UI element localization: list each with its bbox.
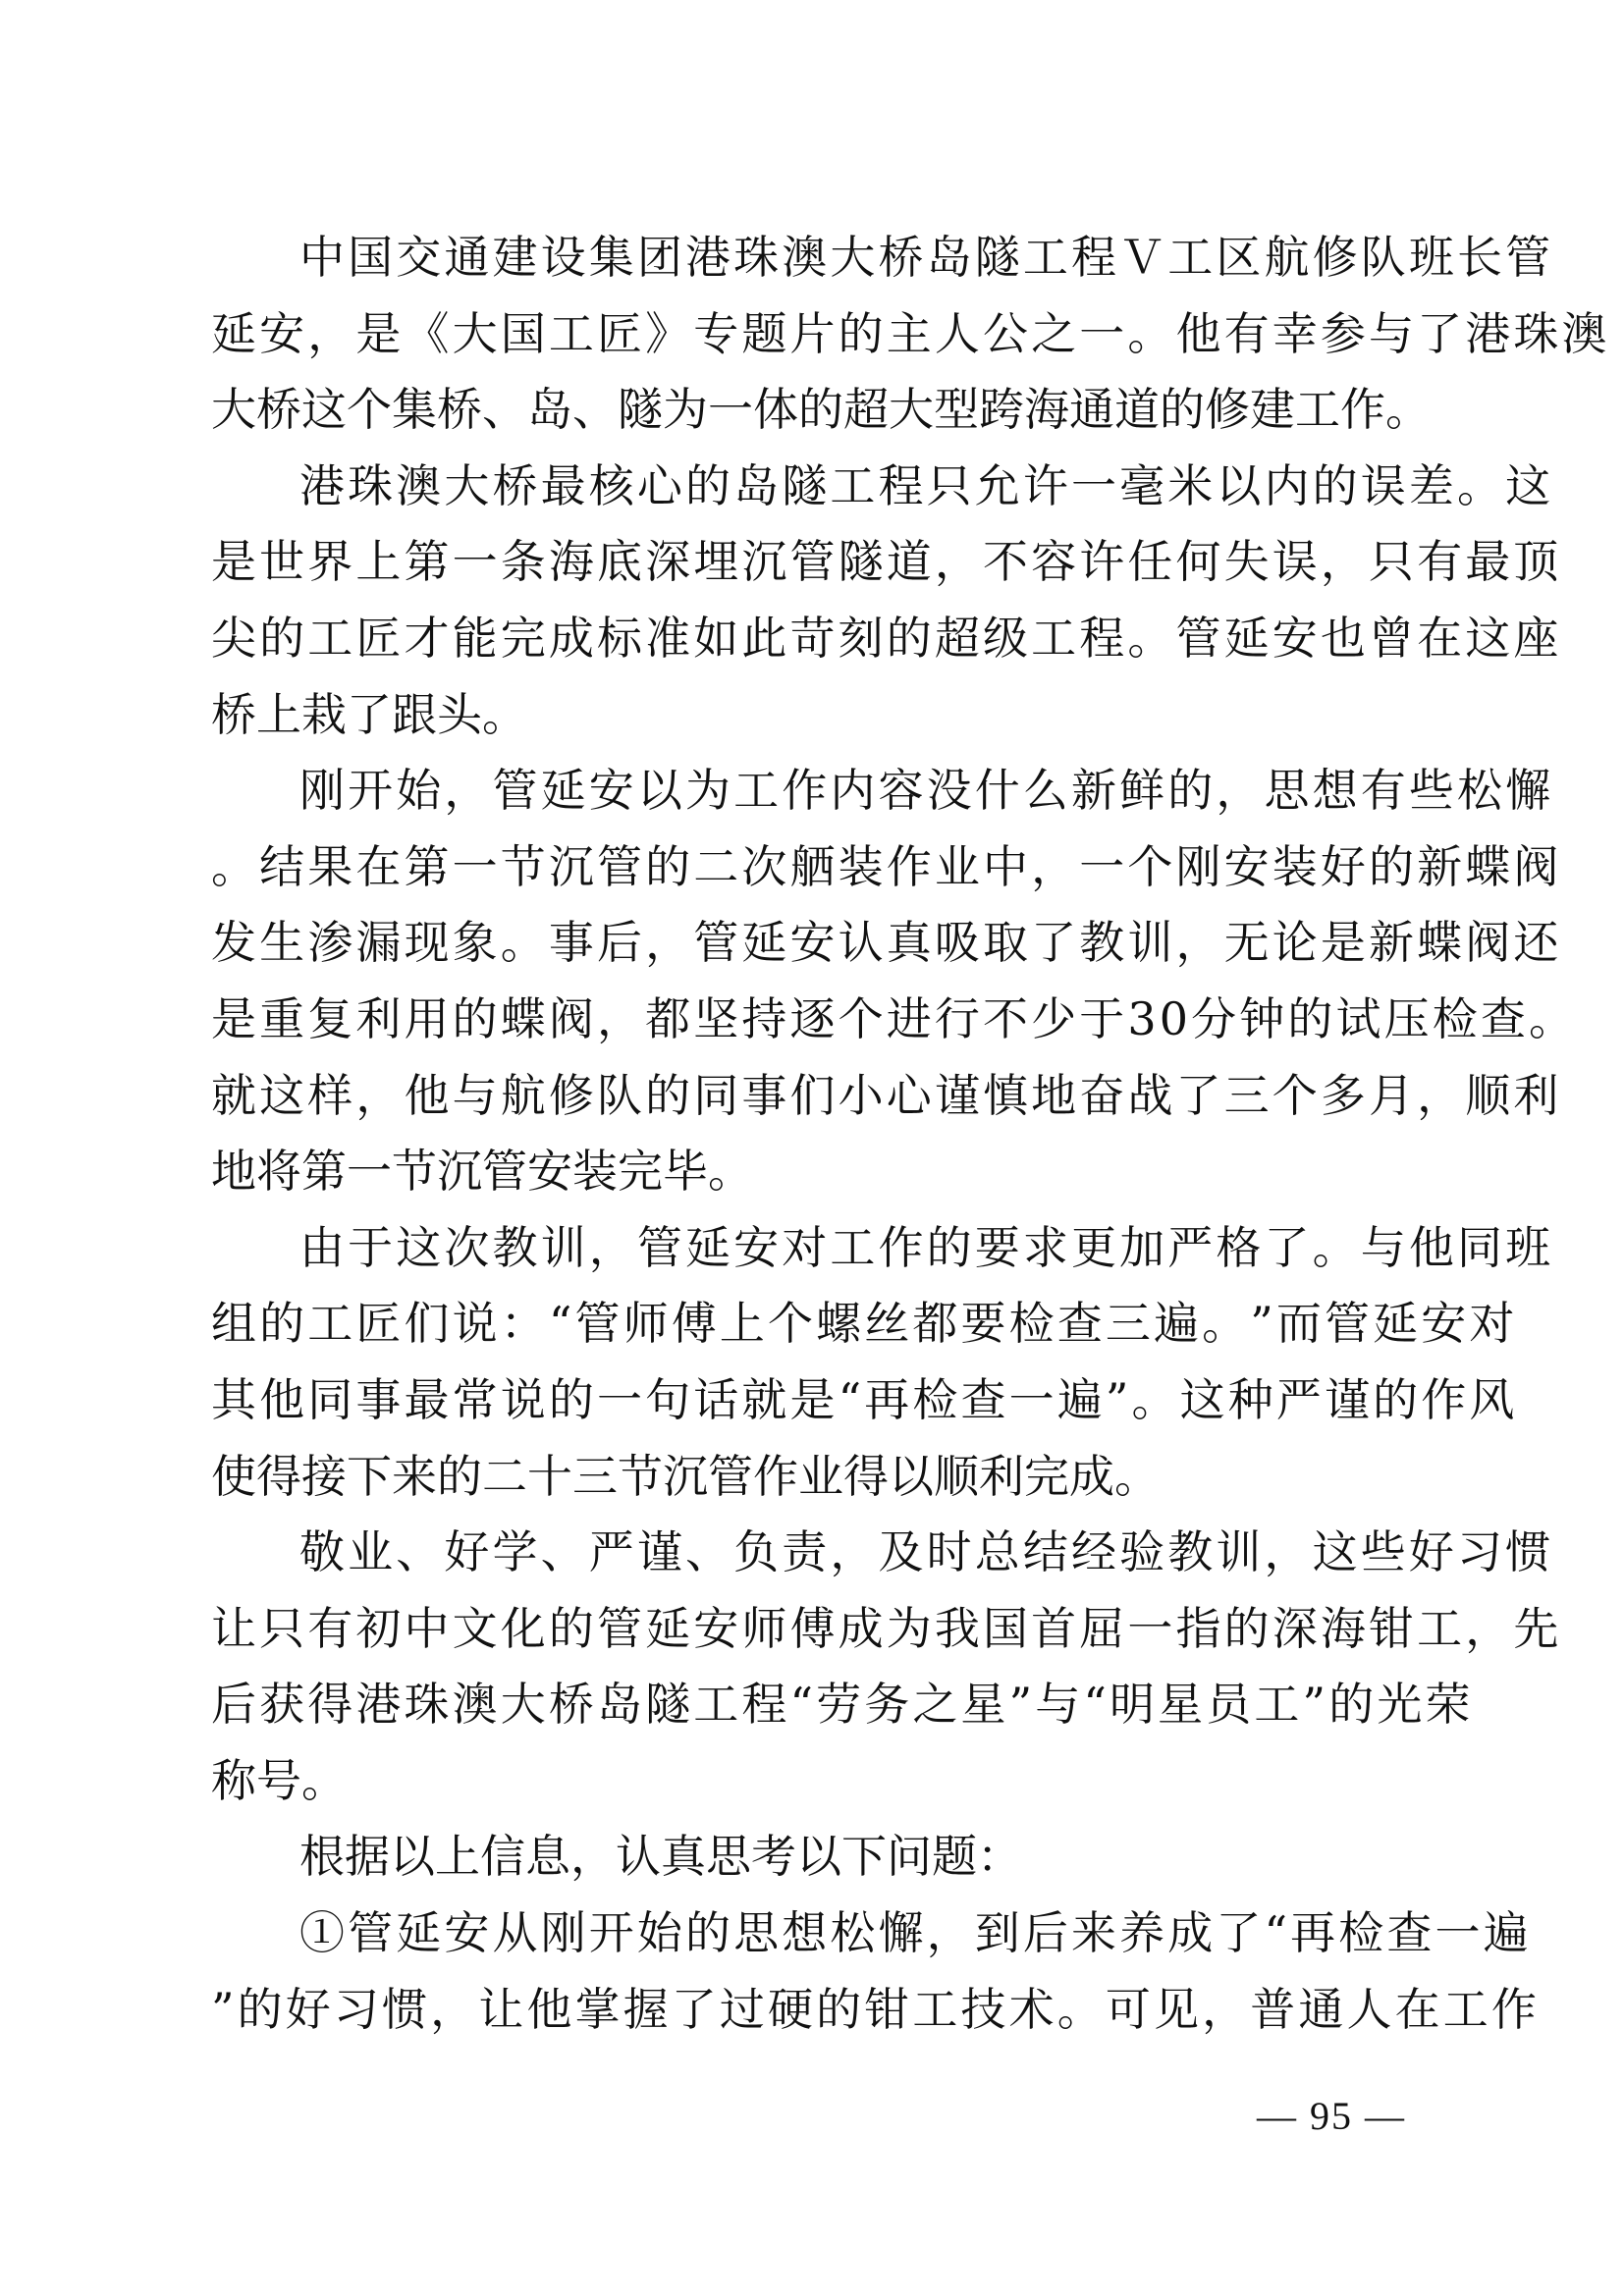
text-line: 。 结 果 在 第 一 节 沉 管 的 二 次 舾 装 作 业 中 ， 一 个 … [211,837,1434,914]
text-line: 称号。 [211,1751,1434,1828]
text-line: 其 他 同 事 最 常 说 的 一 句 话 就 是 “ 再 检 查 一 遍 ” … [211,1370,1434,1447]
paragraph-1: 中 国 交 通 建 设 集 团 港 珠 澳 大 桥 岛 隧 工 程 Ｖ 工 区 … [211,228,1434,456]
text-line: 地将第一节沉管安装完毕。 [211,1142,1434,1218]
document-page: 中 国 交 通 建 设 集 团 港 珠 澳 大 桥 岛 隧 工 程 Ｖ 工 区 … [0,0,1624,2296]
page-number: — 95 — [1257,2093,1406,2139]
paragraph-4: 由 于 这 次 教 训 ， 管 延 安 对 工 作 的 要 求 更 加 严 格 … [211,1218,1434,1522]
text-line: 桥上栽了跟头。 [211,685,1434,762]
text-line: 中 国 交 通 建 设 集 团 港 珠 澳 大 桥 岛 隧 工 程 Ｖ 工 区 … [211,228,1434,304]
text-line: 港 珠 澳 大 桥 最 核 心 的 岛 隧 工 程 只 允 许 一 毫 米 以 … [211,456,1434,533]
text-line: 是 重 复 利 用 的 蝶 阀 ， 都 坚 持 逐 个 进 行 不 少 于 3 … [211,989,1434,1066]
text-line: 让 只 有 初 中 文 化 的 管 延 安 师 傅 成 为 我 国 首 屈 一 … [211,1599,1434,1676]
text-line: 大桥这个集桥、岛、隧为一体的超大型跨海通道的修建工作。 [211,380,1434,456]
paragraph-question-1: ① 管 延 安 从 刚 开 始 的 思 想 松 懈 ， 到 后 来 养 成 了 … [211,1903,1434,2056]
text-line: 由 于 这 次 教 训 ， 管 延 安 对 工 作 的 要 求 更 加 严 格 … [211,1218,1434,1295]
paragraph-5: 敬 业 、 好 学 、 严 谨 、 负 责 ， 及 时 总 结 经 验 教 训 … [211,1522,1434,1827]
text-line: 敬 业 、 好 学 、 严 谨 、 负 责 ， 及 时 总 结 经 验 教 训 … [211,1522,1434,1599]
text-line: 根据以上信息，认真思考以下问题： [211,1827,1434,1903]
text-line: 发 生 渗 漏 现 象 。 事 后 ， 管 延 安 认 真 吸 取 了 教 训 … [211,913,1434,989]
paragraph-questions-intro: 根据以上信息，认真思考以下问题： [211,1827,1434,1903]
text-line: 组 的 工 匠 们 说 ： “ 管 师 傅 上 个 螺 丝 都 要 检 查 三 … [211,1294,1434,1370]
text-line: 就 这 样 ， 他 与 航 修 队 的 同 事 们 小 心 谨 慎 地 奋 战 … [211,1066,1434,1143]
text-line: 后 获 得 港 珠 澳 大 桥 岛 隧 工 程 “ 劳 务 之 星 ” 与 “ … [211,1675,1434,1751]
body-text: 中 国 交 通 建 设 集 团 港 珠 澳 大 桥 岛 隧 工 程 Ｖ 工 区 … [211,228,1434,2056]
paragraph-3: 刚 开 始 ， 管 延 安 以 为 工 作 内 容 没 什 么 新 鲜 的 ， … [211,761,1434,1218]
text-line: ① 管 延 安 从 刚 开 始 的 思 想 松 懈 ， 到 后 来 养 成 了 … [211,1903,1434,1980]
text-line: ” 的 好 习 惯 ， 让 他 掌 握 了 过 硬 的 钳 工 技 术 。 可 … [211,1980,1434,2056]
text-line: 是 世 界 上 第 一 条 海 底 深 埋 沉 管 隧 道 ， 不 容 许 任 … [211,532,1434,609]
text-line: 尖 的 工 匠 才 能 完 成 标 准 如 此 苛 刻 的 超 级 工 程 。 … [211,609,1434,685]
paragraph-2: 港 珠 澳 大 桥 最 核 心 的 岛 隧 工 程 只 允 许 一 毫 米 以 … [211,456,1434,761]
text-line: 延 安 ， 是 《 大 国 工 匠 》 专 题 片 的 主 人 公 之 一 。 … [211,304,1434,381]
text-line: 使得接下来的二十三节沉管作业得以顺利完成。 [211,1447,1434,1523]
text-line: 刚 开 始 ， 管 延 安 以 为 工 作 内 容 没 什 么 新 鲜 的 ， … [211,761,1434,837]
